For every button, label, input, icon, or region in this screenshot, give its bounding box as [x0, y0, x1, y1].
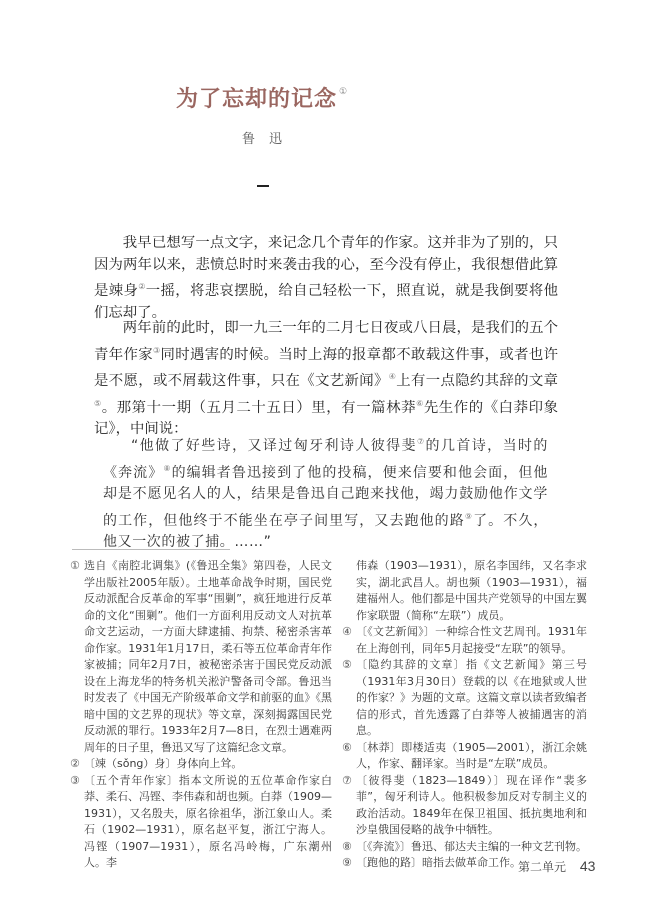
- footnote-ref[interactable]: ⑨: [465, 512, 473, 521]
- footnote-text: 〔隐约其辞的文章〕指《文艺新闻》第三号（1931年3月30日）登载的以《在地狱或…: [356, 657, 587, 740]
- footnote-1: ①选自《南腔北调集》(《鲁迅全集》第四卷，人民文学出版社2005年版）。土地革命…: [70, 558, 332, 756]
- footnote-text: 〔林莽〕即楼适夷（1905—2001），浙江余姚人，作家、翻译家。当时是“左联”…: [356, 740, 587, 773]
- footnotes-right-column: 伟森（1903—1931），原名李国纬，又名李求实，湖北武昌人。胡也频（1903…: [342, 558, 587, 872]
- page-number: 43: [580, 858, 596, 874]
- page-footer: 第二单元 43: [518, 858, 595, 875]
- footnote-text: 〔《文艺新闻》〕一种综合性文艺周刊。1931年在上海创刊，同年5月起接受“左联”…: [356, 624, 587, 657]
- footnote-ref[interactable]: ⑧: [163, 464, 171, 473]
- footnote-text: 〔《奔流》〕鲁迅、郁达夫主编的一种文艺刊物。: [356, 839, 587, 856]
- footnote-8: ⑧〔《奔流》〕鲁迅、郁达夫主编的一种文艺刊物。: [342, 839, 587, 856]
- footnote-ref[interactable]: ⑦: [417, 437, 426, 446]
- author: 鲁迅: [242, 128, 296, 147]
- footnote-6: ⑥〔林莽〕即楼适夷（1905—2001），浙江余姚人，作家、翻译家。当时是“左联…: [342, 740, 587, 773]
- text: “他做了好些诗，又译过匈牙利诗人彼得斐: [131, 438, 417, 454]
- footnote-number: ⑧: [342, 839, 356, 856]
- footnote-text: 选自《南腔北调集》(《鲁迅全集》第四卷，人民文学出版社2005年版）。土地革命战…: [84, 558, 332, 756]
- footnote-ref[interactable]: ②: [138, 282, 146, 291]
- footnote-number: ⑨: [342, 855, 356, 872]
- footnote-3-continuation: 伟森（1903—1931），原名李国纬，又名李求实，湖北武昌人。胡也频（1903…: [342, 558, 587, 624]
- block-quote: “他做了好些诗，又译过匈牙利诗人彼得斐⑦的几首诗，当时的《奔流》⑧的编辑者鲁迅接…: [103, 431, 548, 554]
- text: 上有一点隐约其辞的文章: [396, 373, 558, 389]
- title-text: 为了忘却的记念: [176, 86, 337, 112]
- paragraph-1: 我早已想写一点文字，来记念几个青年的作家。这并非为了别的，只因为两年以来，悲愤总…: [94, 233, 558, 324]
- footnote-3: ③〔五个青年作家〕指本文所说的五位革命作家白莽、柔石、冯铿、李伟森和胡也频。白莽…: [70, 773, 332, 872]
- footnote-divider: [72, 549, 230, 550]
- footnote-ref[interactable]: ⑥: [416, 399, 424, 408]
- footnote-7: ⑦〔彼得斐（1823—1849）〕现在译作“裴多菲”，匈牙利诗人。他积极参加反对…: [342, 773, 587, 839]
- footnote-number: ⑥: [342, 740, 356, 773]
- footnote-text: 〔竦（sǒng）身〕身体向上耸。: [84, 756, 332, 773]
- footnote-number: ⑦: [342, 773, 356, 839]
- footnote-2: ②〔竦（sǒng）身〕身体向上耸。: [70, 756, 332, 773]
- text: 一摇，将悲哀摆脱，给自己轻松一下，照直说，就是我倒要将他们忘却了。: [94, 283, 558, 321]
- footnote-number: ①: [70, 558, 84, 756]
- footnote-4: ④〔《文艺新闻》〕一种综合性文艺周刊。1931年在上海创刊，同年5月起接受“左联…: [342, 624, 587, 657]
- footnote-ref[interactable]: ①: [339, 87, 348, 97]
- footnote-number: ④: [342, 624, 356, 657]
- text: 。那第十一期（五月二十五日）里，有一篇林莽: [102, 400, 416, 416]
- paragraph-2: 两年前的此时，即一九三一年的二月七日夜或八日晨，是我们的五个青年作家③同时遇害的…: [94, 318, 558, 441]
- footnote-number: ②: [70, 756, 84, 773]
- unit-label: 第二单元: [518, 860, 566, 874]
- footnote-ref[interactable]: ⑤: [94, 399, 102, 408]
- footnote-text: 〔五个青年作家〕指本文所说的五位革命作家白莽、柔石、冯铿、李伟森和胡也频。白莽（…: [84, 773, 332, 872]
- footnote-5: ⑤〔隐约其辞的文章〕指《文艺新闻》第三号（1931年3月30日）登载的以《在地狱…: [342, 657, 587, 740]
- footnotes-left-column: ①选自《南腔北调集》(《鲁迅全集》第四卷，人民文学出版社2005年版）。土地革命…: [70, 558, 332, 872]
- article-title: 为了忘却的记念①: [176, 82, 348, 113]
- section-number: [257, 185, 269, 187]
- footnote-text: 〔彼得斐（1823—1849）〕现在译作“裴多菲”，匈牙利诗人。他积极参加反对专…: [356, 773, 587, 839]
- footnote-number: ③: [70, 773, 84, 872]
- footnote-number: ⑤: [342, 657, 356, 740]
